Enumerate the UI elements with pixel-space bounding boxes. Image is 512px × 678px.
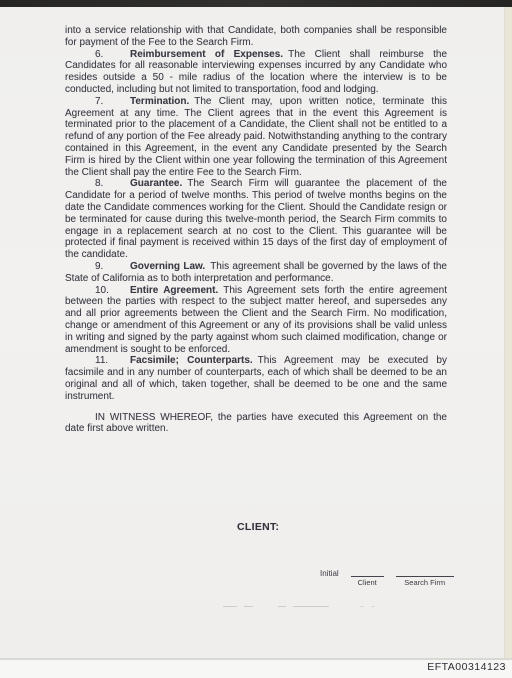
initial-block: Initial Client Search Firm [320, 568, 454, 587]
scan-right-edge [504, 7, 512, 660]
paragraph-heading: Facsimile; Counterparts. [130, 355, 258, 366]
bleed-through-marks [223, 606, 375, 607]
paragraph-7-termination: 7.Termination.The Client may, upon writt… [65, 96, 447, 179]
search-firm-initial-caption: Search Firm [404, 578, 445, 587]
paragraph-number: 6. [95, 49, 130, 61]
witness-clause: IN WITNESS WHEREOF, the parties have exe… [65, 412, 447, 436]
scanned-agreement-page: into a service relationship with that Ca… [0, 0, 512, 678]
paragraph-6-reimbursement: 6.Reimbursement of Expenses.The Client s… [65, 49, 447, 96]
paragraph-heading: Governing Law. [130, 261, 210, 272]
paragraph-number: 11. [95, 355, 130, 367]
paragraph-text: into a service relationship with that Ca… [65, 25, 447, 48]
paragraph-number: 10. [95, 285, 130, 297]
client-initial-caption: Client [358, 578, 377, 587]
paragraph-number: 8. [95, 178, 130, 190]
paragraph-number: 7. [95, 96, 130, 108]
client-initial-column: Client [351, 568, 384, 587]
search-firm-initial-line [396, 568, 454, 577]
search-firm-initial-column: Search Firm [396, 568, 454, 587]
paragraph-10-entire-agreement: 10.Entire Agreement.This Agreement sets … [65, 285, 447, 356]
paragraph-text: The Search Firm will guarantee the place… [65, 178, 447, 260]
bates-number: EFTA00314123 [427, 661, 506, 673]
document-body: into a service relationship with that Ca… [0, 0, 512, 435]
paragraph-heading: Entire Agreement. [130, 285, 223, 296]
paragraph-heading: Termination. [130, 96, 194, 107]
paragraph-11-facsimile-counterparts: 11.Facsimile; Counterparts.This Agreemen… [65, 355, 447, 402]
paragraph-heading: Reimbursement of Expenses. [130, 49, 288, 60]
paragraph-text: The Client may, upon written notice, ter… [65, 96, 447, 178]
paragraph-number: 9. [95, 261, 130, 273]
client-signature-label: CLIENT: [237, 521, 279, 533]
initial-label: Initial [320, 569, 339, 578]
paragraph-9-governing-law: 9.Governing Law.This agreement shall be … [65, 261, 447, 285]
scan-top-edge [0, 0, 512, 7]
client-initial-line [351, 568, 384, 577]
paragraph-8-guarantee: 8.Guarantee.The Search Firm will guarant… [65, 178, 447, 261]
paragraph-continuation: into a service relationship with that Ca… [65, 25, 447, 49]
paragraph-heading: Guarantee. [130, 178, 187, 189]
witness-text: IN WITNESS WHEREOF, the parties have exe… [65, 412, 447, 435]
paragraph-text: This Agreement sets forth the entire agr… [65, 285, 447, 355]
